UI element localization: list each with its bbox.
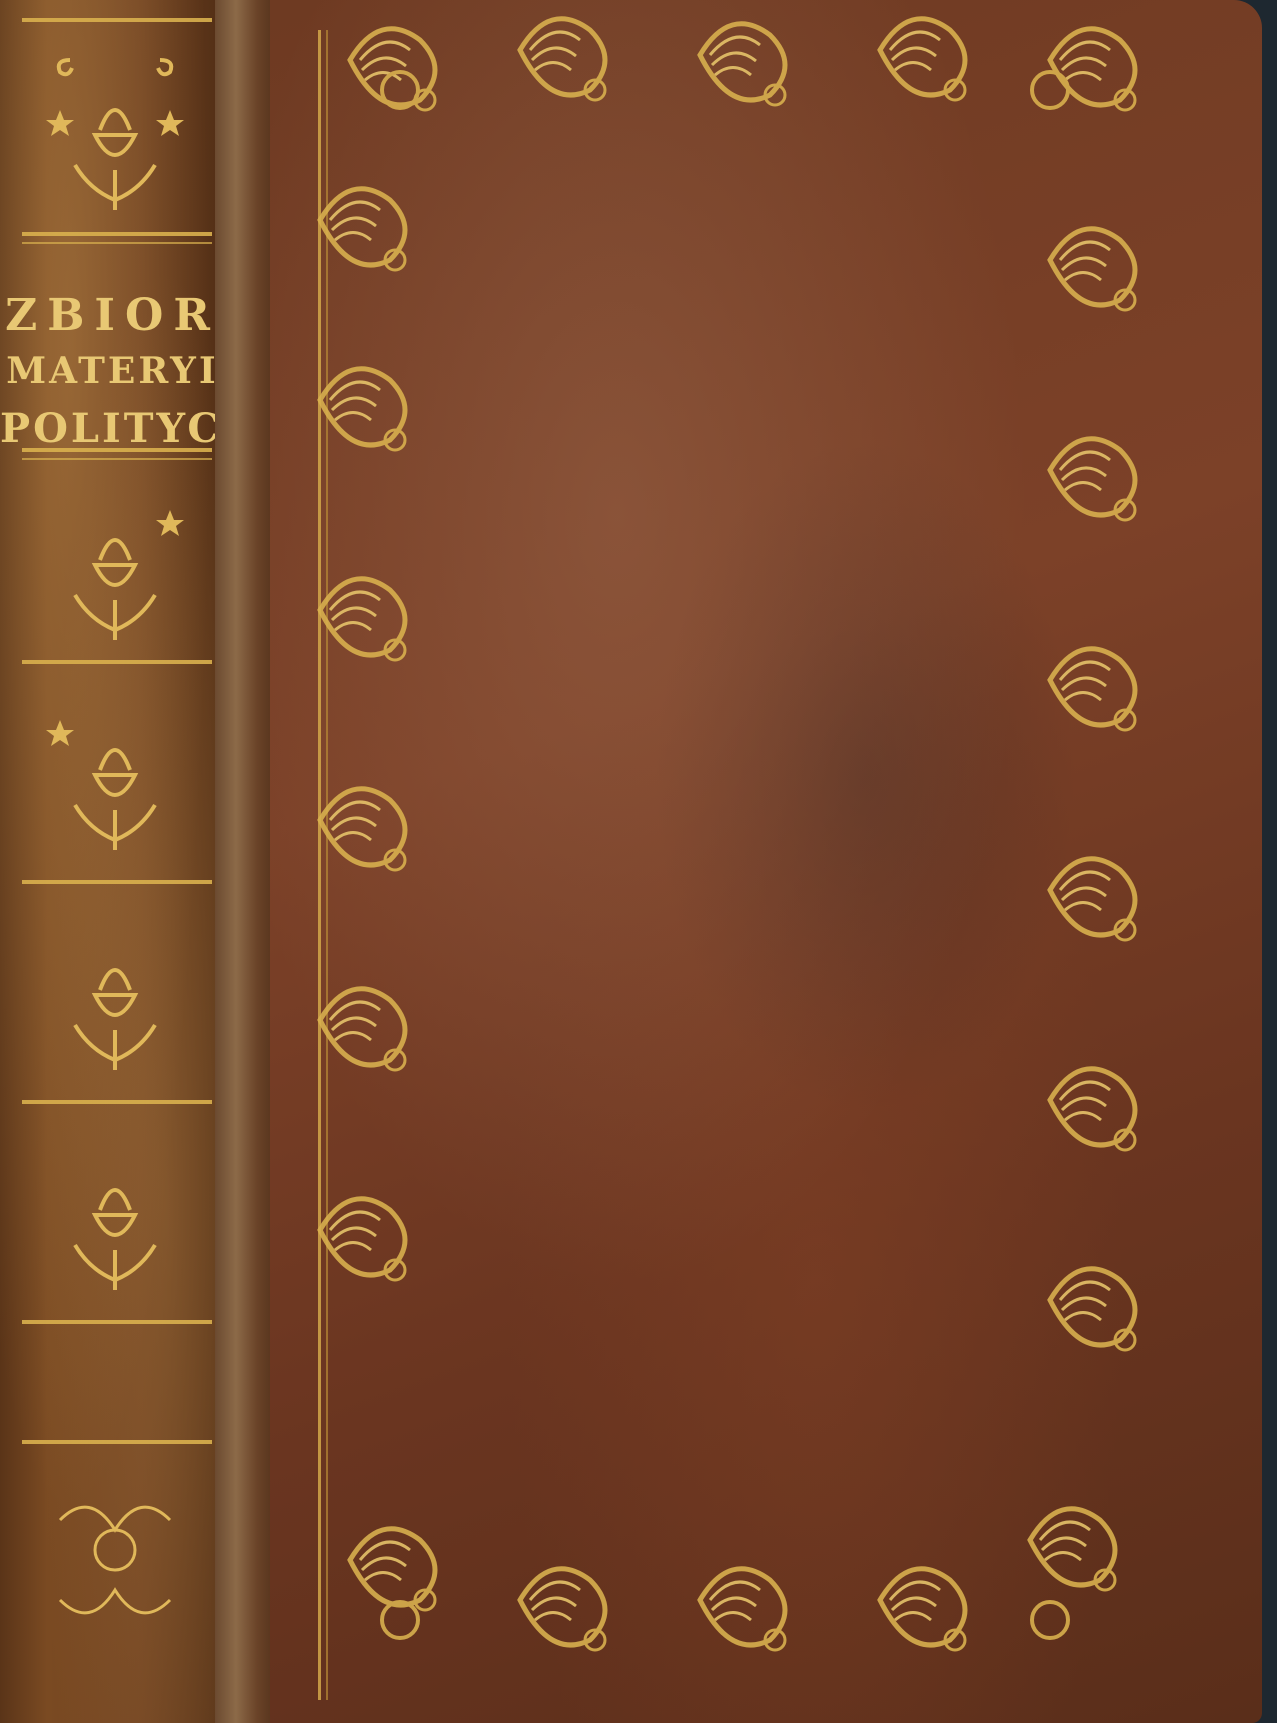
urn-flower-ornament-icon [40,40,190,230]
floral-ornament-icon [40,1460,190,1700]
spine-gilt-band [22,880,212,884]
spine-title-line-3: POLITYCZN [0,405,225,452]
spine-gilt-band [22,18,212,22]
spine-gilt-band [22,660,212,664]
spine-gilt-band [22,232,212,236]
urn-flower-ornament-icon [40,470,190,660]
spine-title-line-2: MATERYI [0,350,225,392]
book: ZBIOR MATERYI POLITYCZN [0,0,1262,1723]
urn-flower-ornament-icon [40,1120,190,1310]
book-spine: ZBIOR MATERYI POLITYCZN [0,0,235,1723]
spine-gilt-band [22,1320,212,1324]
spine-gilt-band [22,242,212,244]
urn-flower-ornament-icon [40,900,190,1090]
spine-gilt-band [22,448,212,452]
urn-flower-ornament-icon [40,680,190,870]
gilt-border-ornament-icon [290,0,1262,1723]
spine-gilt-band [22,1100,212,1104]
spine-gilt-band [22,1440,212,1444]
spine-title-line-1: ZBIOR [0,290,225,341]
spine-gilt-band [22,458,212,460]
